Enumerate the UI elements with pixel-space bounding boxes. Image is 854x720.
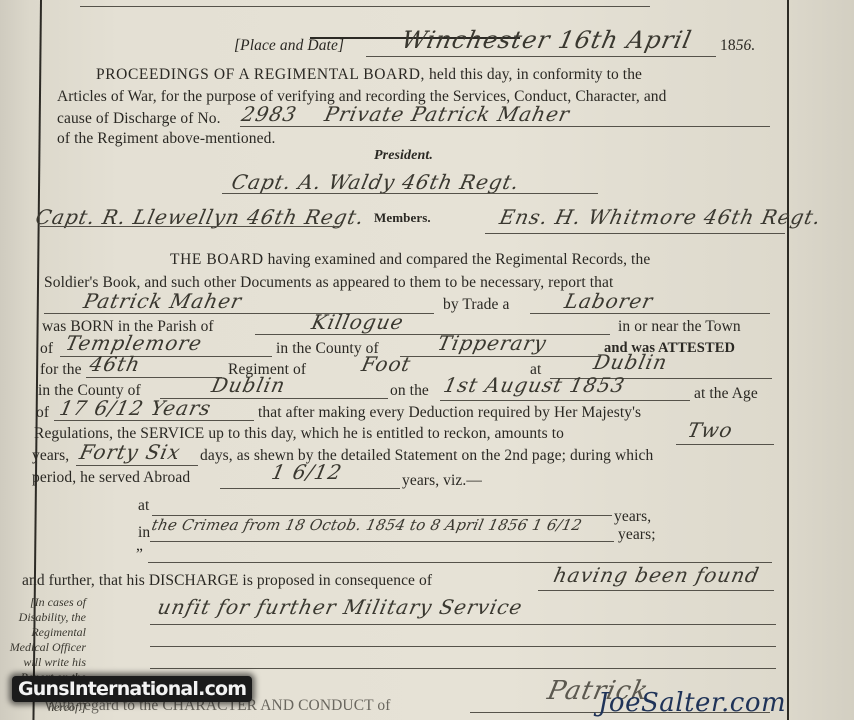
viz-label: years, viz.— bbox=[402, 472, 482, 490]
year-label: 1856. bbox=[720, 37, 755, 55]
discharge-reason-line1: having been found bbox=[551, 563, 761, 587]
abroad-years1-label: years, bbox=[614, 508, 651, 526]
abroad-in-rule bbox=[150, 541, 614, 542]
document-page: [Place and Date] Winchester 16th April 1… bbox=[0, 0, 854, 720]
place-date-rule bbox=[366, 56, 716, 57]
member-right: Ens. H. Whitmore 46th Regt. bbox=[497, 205, 823, 229]
gunsinternational-watermark: GunsInternational.com bbox=[12, 676, 252, 702]
abroad-ditto-label: ” bbox=[136, 546, 143, 564]
years-label: years, bbox=[32, 447, 69, 465]
parish-rule bbox=[255, 334, 610, 335]
deduction-text: that after making every Deduction requir… bbox=[258, 404, 641, 422]
service-years-rule bbox=[676, 444, 774, 445]
right-border-line bbox=[787, 0, 789, 720]
abroad-in-label: in bbox=[138, 524, 150, 542]
place-date-label: [Place and Date] bbox=[234, 37, 344, 55]
discharge-reason-rule-2 bbox=[150, 624, 776, 625]
parish-value: Killogue bbox=[309, 310, 406, 334]
regiment-type: Foot bbox=[359, 352, 413, 376]
of-label: of bbox=[40, 340, 53, 358]
place-date-value: Winchester 16th April bbox=[399, 26, 694, 54]
days-text: days, as shewn by the detailed Statement… bbox=[200, 447, 653, 465]
regiment-number: 46th bbox=[87, 352, 142, 376]
soldier-full-name: Patrick Maher bbox=[81, 289, 244, 313]
abroad-years: 1 6/12 bbox=[269, 460, 344, 484]
abroad-label: period, he served Abroad bbox=[32, 469, 190, 487]
county-rule bbox=[400, 356, 600, 357]
attested-date-rule bbox=[440, 400, 690, 401]
age-rule bbox=[54, 420, 254, 421]
soldier-name: Private Patrick Maher bbox=[322, 102, 572, 126]
discharge-reason-line2: unfit for further Military Service bbox=[155, 595, 525, 619]
trade-label: by Trade a bbox=[443, 296, 509, 314]
soldier-number: 2983 bbox=[239, 102, 299, 126]
age-value: 17 6/12 Years bbox=[57, 396, 213, 420]
intro-line-4: of the Regiment above-mentioned. bbox=[57, 130, 275, 148]
joesalter-watermark: JoeSalter.com bbox=[598, 688, 786, 718]
intro-line-1: PROCEEDINGS OF A REGIMENTAL BOARD, held … bbox=[96, 66, 642, 84]
attested-date: 1st August 1853 bbox=[441, 373, 627, 397]
attested-place: Dublin bbox=[591, 350, 670, 374]
president-name: Capt. A. Waldy 46th Regt. bbox=[229, 170, 521, 194]
discharge-reason-rule-3 bbox=[150, 646, 776, 647]
abroad-in-value: the Crimea from 18 Octob. 1854 to 8 Apri… bbox=[150, 516, 583, 534]
on-the-label: on the bbox=[390, 382, 429, 400]
county2-value: Dublin bbox=[209, 373, 288, 397]
president-label: President. bbox=[374, 148, 433, 164]
town-label: in or near the Town bbox=[618, 318, 741, 336]
trade-value: Laborer bbox=[562, 289, 655, 313]
soldier-rule bbox=[240, 126, 770, 127]
trade-rule bbox=[530, 313, 770, 314]
members-label: Members. bbox=[374, 210, 431, 226]
service-days-rule bbox=[76, 465, 198, 466]
abroad-at-label: at bbox=[138, 497, 149, 515]
service-years: Two bbox=[685, 418, 735, 442]
county-value: Tipperary bbox=[435, 331, 549, 355]
abroad-years2-label: years; bbox=[618, 526, 656, 544]
discharge-reason-rule-4 bbox=[150, 668, 776, 669]
board-line-1: THE BOARD having examined and compared t… bbox=[170, 251, 650, 269]
member-left-rule bbox=[40, 226, 340, 227]
for-the-label: for the bbox=[40, 361, 82, 379]
member-right-rule bbox=[485, 233, 785, 234]
age-label: at the Age bbox=[694, 385, 758, 403]
intro-line-3: cause of Discharge of No. bbox=[57, 110, 221, 128]
service-days: Forty Six bbox=[77, 440, 183, 464]
president-rule bbox=[222, 193, 598, 194]
top-rule bbox=[80, 6, 650, 7]
of2-label: of bbox=[36, 404, 49, 422]
discharge-reason-rule-1 bbox=[538, 590, 774, 591]
regiment-number-rule bbox=[86, 377, 222, 378]
abroad-years-rule bbox=[220, 488, 400, 489]
discharge-line: and further, that his DISCHARGE is propo… bbox=[22, 572, 432, 590]
